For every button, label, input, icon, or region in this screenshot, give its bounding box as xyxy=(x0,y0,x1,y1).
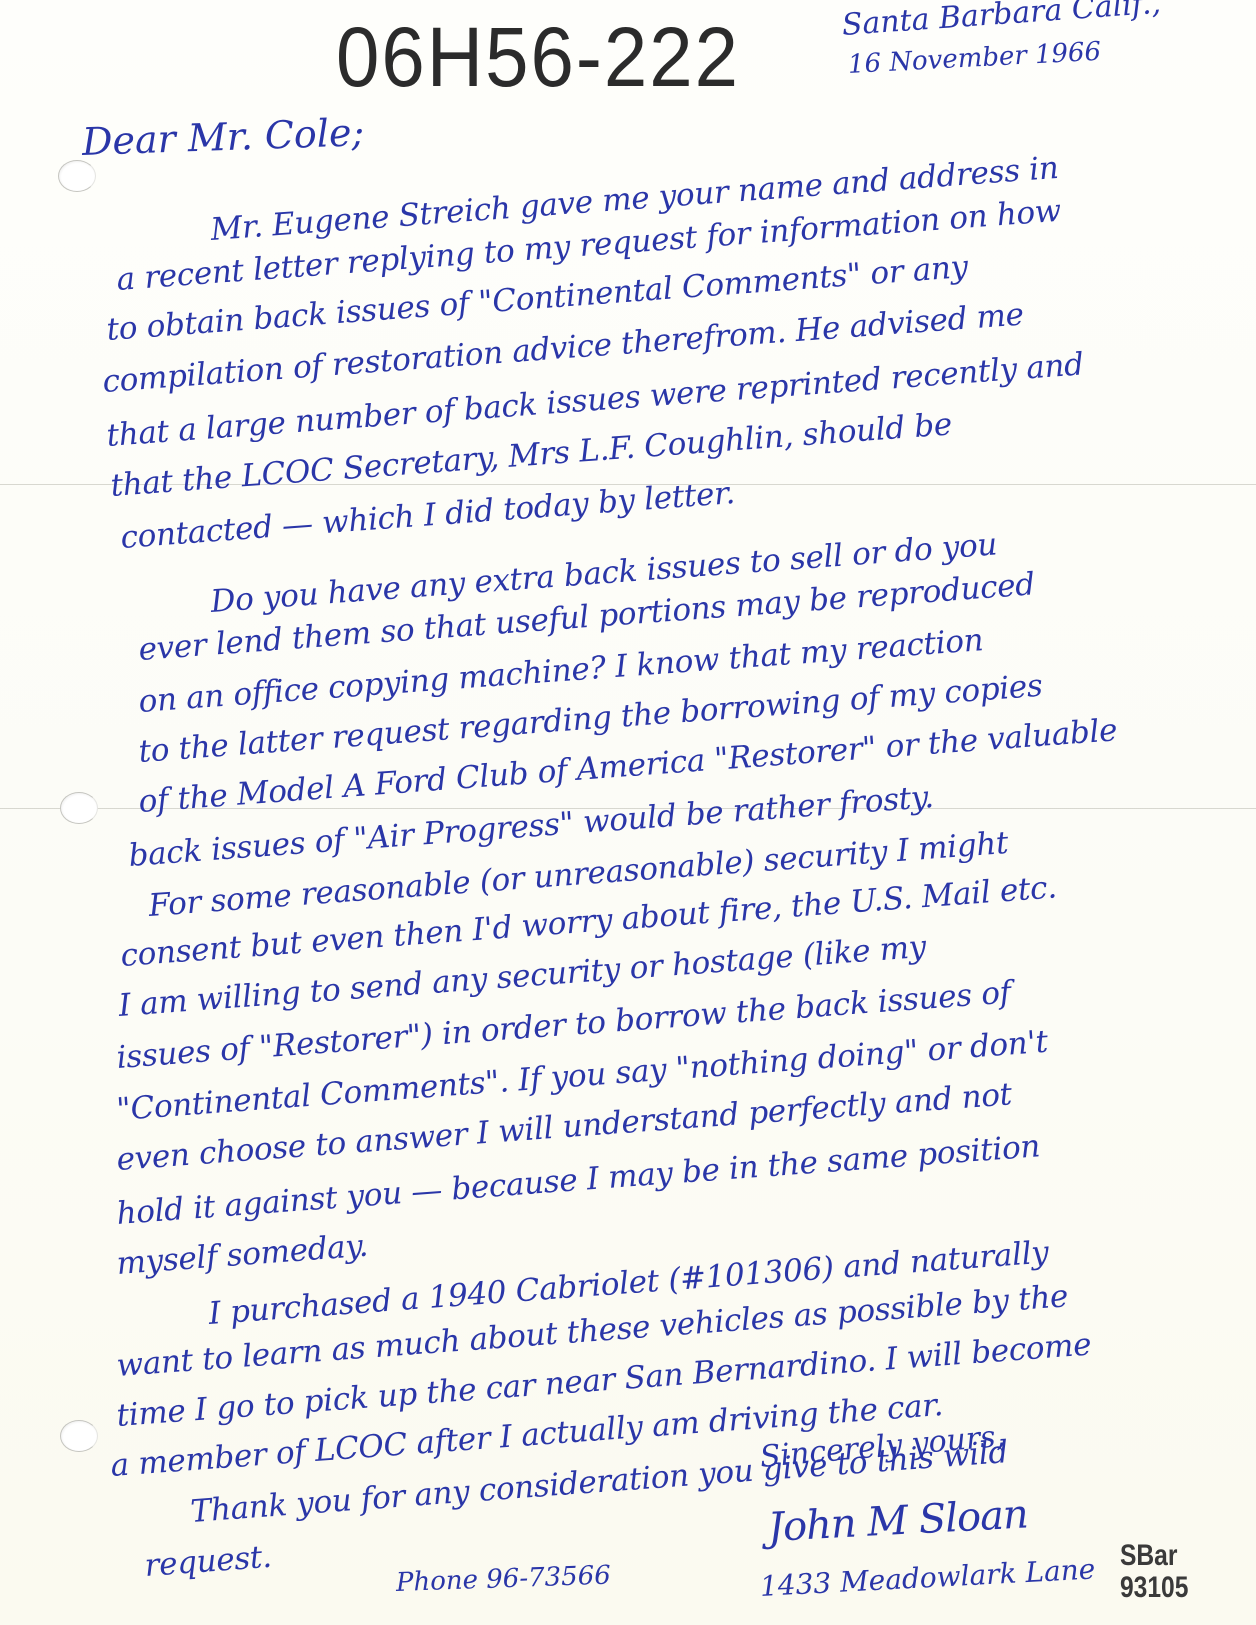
letter-line: myself someday. xyxy=(115,1228,369,1282)
stamp-zip: 93105 xyxy=(1120,1572,1188,1604)
stamp-city: SBar xyxy=(1120,1540,1188,1572)
phone-number: Phone 96-73566 xyxy=(395,1561,611,1598)
reference-number: 06H56-222 xyxy=(336,8,740,106)
sender-address: 1433 Meadowlark Lane xyxy=(759,1552,1096,1603)
punch-hole xyxy=(60,792,98,824)
punch-hole xyxy=(58,160,96,192)
signature: John M Sloan xyxy=(767,1491,1029,1551)
letter-page: 06H56-222 Santa Barbara Calif., 16 Novem… xyxy=(0,0,1256,1625)
letter-date: 16 November 1966 xyxy=(847,37,1102,80)
letter-place: Santa Barbara Calif., xyxy=(841,0,1162,43)
postal-stamp: SBar 93105 xyxy=(1120,1540,1188,1604)
salutation: Dear Mr. Cole; xyxy=(81,110,365,164)
punch-hole xyxy=(60,1420,98,1452)
letter-line: request. xyxy=(143,1539,272,1584)
